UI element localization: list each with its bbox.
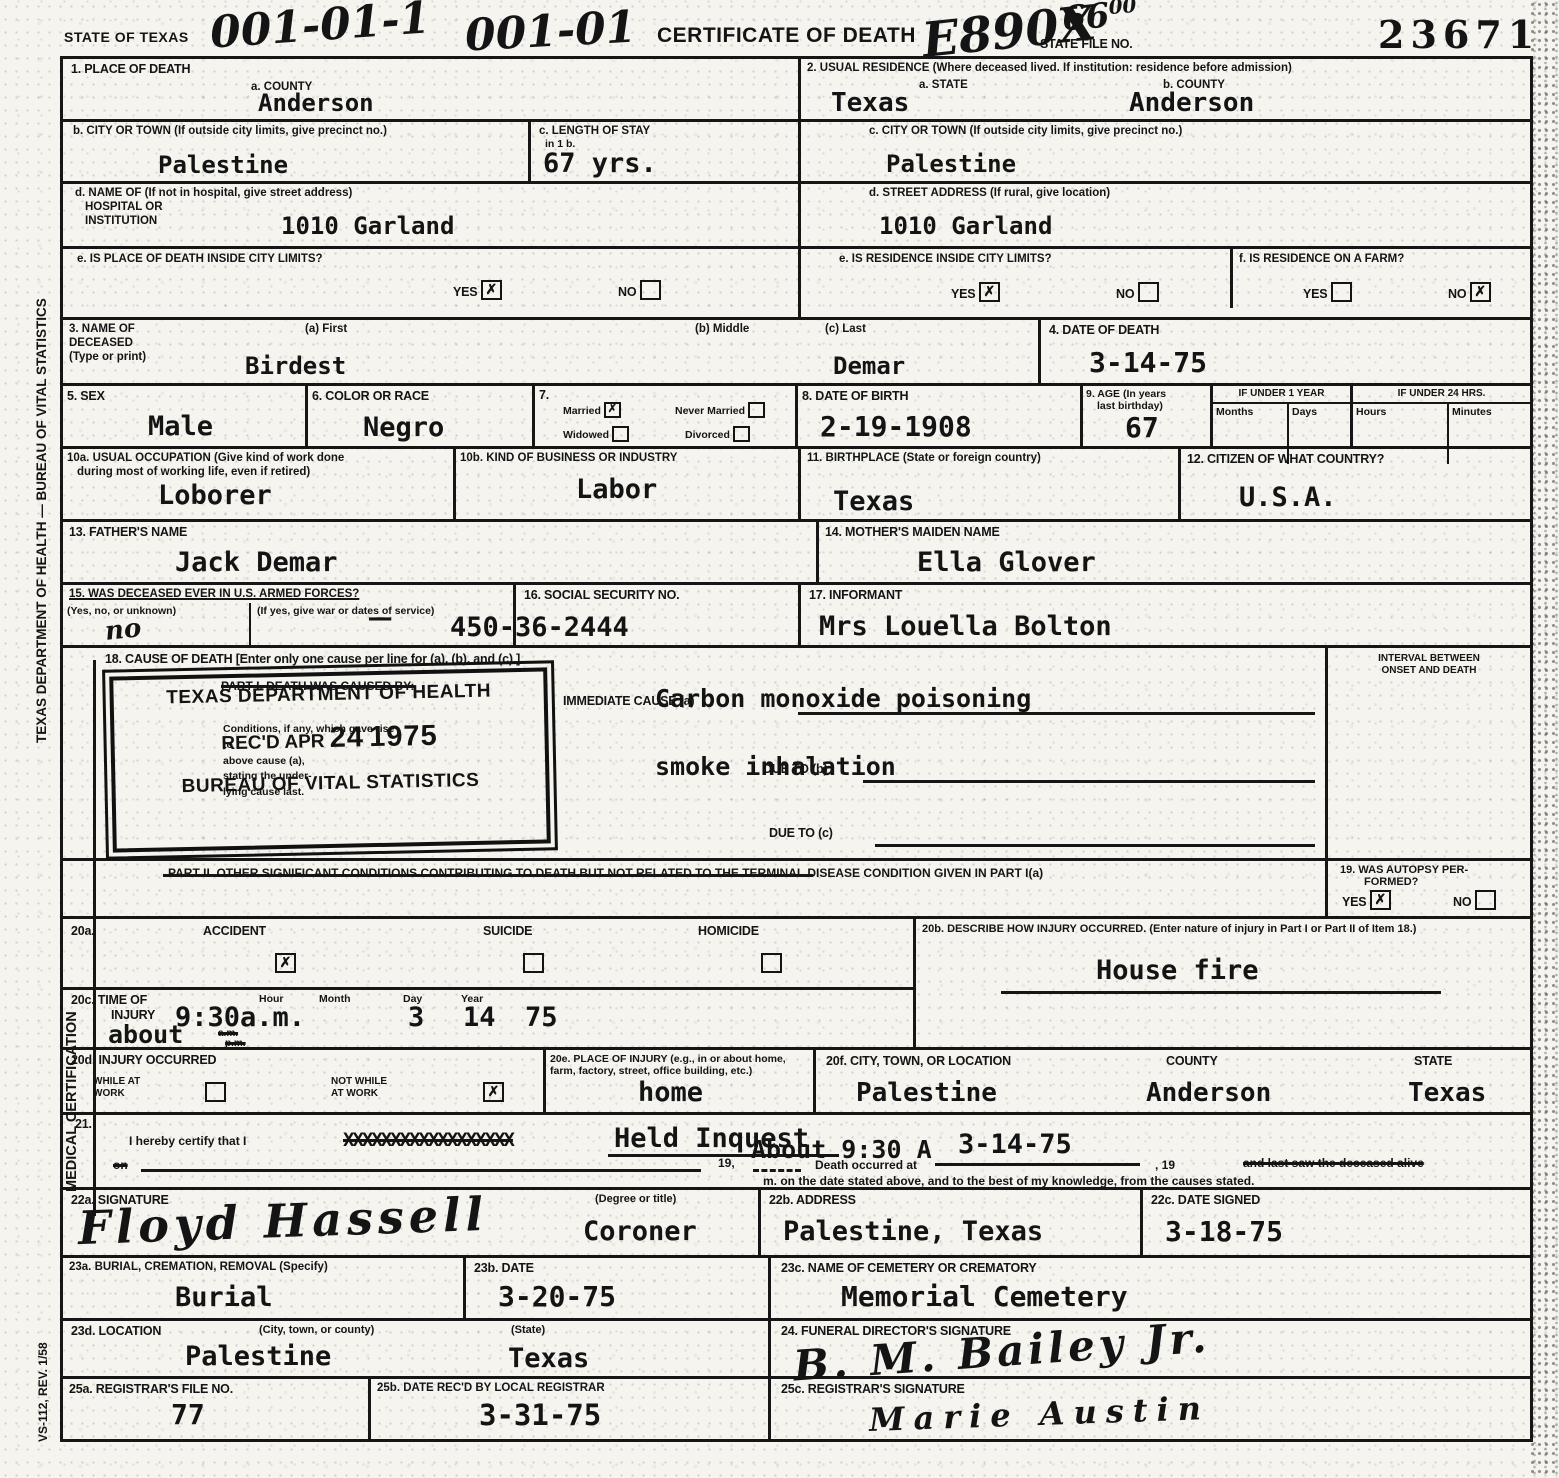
place-city-value: Palestine	[158, 153, 288, 177]
while-at-work-checkbox	[205, 1082, 226, 1102]
funeral-director-cell: 24. FUNERAL DIRECTOR'S SIGNATURE B. M. B…	[771, 1321, 1530, 1376]
residence-state-county: 2. USUAL RESIDENCE (Where deceased lived…	[801, 59, 1530, 122]
cert-19-label: 19,	[718, 1157, 735, 1171]
row-forces-ssn-informant: 15. WAS DECEASED EVER IN U.S. ARMED FORC…	[63, 585, 1530, 648]
residence-farm-cell: f. IS RESIDENCE ON A FARM? YES NO ✗	[1233, 249, 1530, 308]
birthplace-value: Texas	[833, 488, 914, 515]
fee-cents: 00	[1108, 0, 1138, 19]
suicide-label: SUICIDE	[483, 924, 532, 938]
if-under-24-hrs-cell: IF UNDER 24 HRS. Hours Minutes	[1353, 386, 1530, 446]
due-to-c-label: DUE TO (c)	[769, 826, 833, 840]
last-name-value: Demar	[833, 354, 905, 378]
interval-cell: INTERVAL BETWEEN ONSET AND DEATH	[1328, 648, 1530, 858]
row-burial: 23a. BURIAL, CREMATION, REMOVAL (Specify…	[63, 1258, 1530, 1321]
cause-line-b	[863, 780, 1315, 783]
row-certification: 21. I hereby certify that I XXXXXXXXXXXX…	[63, 1115, 1530, 1190]
burial-type-cell: 23a. BURIAL, CREMATION, REMOVAL (Specify…	[63, 1258, 466, 1318]
place-of-death-title: 1. PLACE OF DEATH	[71, 62, 190, 76]
injury-city-label: 20f. CITY, TOWN, OR LOCATION	[826, 1054, 1011, 1068]
injury-occurred-cell: 20d. INJURY OCCURRED WHILE ATWORK NOT WH…	[63, 1050, 546, 1112]
death-date-underline	[935, 1163, 1140, 1166]
residence-limits-farm-row: e. IS RESIDENCE INSIDE CITY LIMITS? YES …	[801, 249, 1530, 308]
injury-month-value: 3	[408, 1004, 424, 1031]
injury-day-value: 14	[463, 1004, 496, 1031]
date-signed-label: 22c. DATE SIGNED	[1151, 1193, 1260, 1207]
mother-name-cell: 14. MOTHER'S MAIDEN NAME Ella Glover	[819, 522, 1530, 582]
form-code-vertical-label: VS-112, REV. 1/58	[36, 1282, 50, 1442]
under-24-hrs-header: IF UNDER 24 HRS.	[1353, 386, 1530, 404]
stamp-edge-line	[163, 874, 813, 877]
registrar-file-label: 25a. REGISTRAR'S FILE NO.	[69, 1382, 233, 1396]
burial-location-cell: 23d. LOCATION (City, town, or county) (S…	[63, 1321, 771, 1376]
residence-limits-no-checkbox	[1138, 282, 1159, 302]
name-title-3: (Type or print)	[69, 351, 146, 364]
middle-name-label: (b) Middle	[695, 323, 749, 336]
pm-struck-label: p.m.	[225, 1038, 246, 1050]
if-under-1-year-cell: IF UNDER 1 YEAR Months Days	[1213, 386, 1353, 446]
birthplace-label: 11. BIRTHPLACE (State or foreign country…	[807, 452, 1041, 465]
last-saw-struck-label: and last saw the deceased alive	[1243, 1157, 1424, 1171]
residence-farm-label: f. IS RESIDENCE ON A FARM?	[1239, 253, 1404, 266]
birthplace-cell: 11. BIRTHPLACE (State or foreign country…	[801, 449, 1181, 519]
date-of-death-label: 4. DATE OF DEATH	[1049, 323, 1159, 337]
injury-year-value: 75	[525, 1004, 558, 1031]
cemetery-label: 23c. NAME OF CEMETERY OR CREMATORY	[781, 1261, 1037, 1275]
degree-or-title-label: (Degree or title)	[595, 1193, 676, 1206]
industry-cell: 10b. KIND OF BUSINESS OR INDUSTRY Labor	[456, 449, 801, 519]
manner-time-column: 20a. ACCIDENT ✗ SUICIDE HOMICIDE 20c. TI…	[63, 919, 916, 1047]
armed-forces-answer-cell: (Yes, no, or unknown) no	[63, 603, 251, 645]
state-of-texas-label: STATE OF TEXAS	[64, 30, 189, 46]
armed-forces-service-dash: ——	[369, 603, 382, 633]
married-checkbox: ✗	[604, 402, 621, 418]
certificate-form: 1. PLACE OF DEATH a. COUNTY Anderson b. …	[60, 56, 1533, 1442]
residence-street-value: 1010 Garland	[879, 214, 1052, 238]
never-married-checkbox	[748, 402, 765, 418]
cause-of-death-cell: 18. CAUSE OF DEATH [Enter only one cause…	[63, 648, 1328, 858]
time-of-injury-cell: 20c. TIME OF INJURY Hour Month Day Year …	[63, 990, 913, 1047]
occupation-label-1: 10a. USUAL OCCUPATION (Give kind of work…	[67, 452, 344, 465]
hospital-cell: d. NAME OF (If not in hospital, give str…	[63, 184, 798, 249]
residence-limits-yes-checkbox: ✗	[979, 282, 1000, 302]
certifier-signature-cell: 22a. SIGNATURE Floyd Hassell (Degree or …	[63, 1190, 761, 1255]
sex-label: 5. SEX	[67, 389, 105, 403]
injury-city-value: Palestine	[856, 1080, 997, 1106]
part2-cell: PART II. OTHER SIGNIFICANT CONDITIONS CO…	[63, 861, 1328, 916]
father-name-cell: 13. FATHER'S NAME Jack Demar	[63, 522, 819, 582]
homicide-label: HOMICIDE	[698, 924, 759, 938]
farm-no-checkbox: ✗	[1470, 282, 1491, 302]
burial-type-label: 23a. BURIAL, CREMATION, REMOVAL (Specify…	[69, 1261, 328, 1274]
armed-forces-cell: 15. WAS DECEASED EVER IN U.S. ARMED FORC…	[63, 585, 516, 645]
row-parents: 13. FATHER'S NAME Jack Demar 14. MOTHER'…	[63, 522, 1530, 585]
row-sex-race-dob: 5. SEX Male 6. COLOR OR RACE Negro 7. Ma…	[63, 386, 1530, 449]
fee-whole: 66	[1060, 0, 1111, 40]
sex-cell: 5. SEX Male	[63, 386, 308, 446]
date-of-death-cell: 4. DATE OF DEATH 3-14-75	[1041, 320, 1530, 383]
certificate-title: CERTIFICATE OF DEATH	[657, 24, 916, 48]
certifier-address-cell: 22b. ADDRESS Palestine, Texas	[761, 1190, 1143, 1255]
accident-label: ACCIDENT	[203, 924, 266, 938]
armed-forces-service-label: (If yes, give war or dates of service)	[257, 605, 434, 617]
degree-or-title-value: Coroner	[583, 1218, 697, 1245]
suicide-checkbox	[523, 953, 544, 973]
length-of-stay-cell: c. LENGTH OF STAY in 1 b. 67 yrs.	[531, 122, 798, 181]
place-of-death-county: 1. PLACE OF DEATH a. COUNTY Anderson	[63, 59, 798, 122]
burial-date-label: 23b. DATE	[474, 1261, 534, 1275]
residence-city-limits-label: e. IS RESIDENCE INSIDE CITY LIMITS?	[839, 253, 1052, 266]
industry-value: Labor	[576, 476, 657, 503]
father-name-value: Jack Demar	[175, 549, 338, 576]
length-of-stay-value: 67 yrs.	[543, 150, 657, 177]
date-of-death-value: 3-14-75	[1089, 349, 1207, 377]
cause-of-death-label: 18. CAUSE OF DEATH [Enter only one cause…	[105, 652, 520, 666]
name-of-deceased-cell: 3. NAME OF DECEASED (Type or print) (a) …	[63, 320, 1041, 383]
place-city-limits-label: e. IS PLACE OF DEATH INSIDE CITY LIMITS?	[77, 253, 323, 266]
injury-county-value: Anderson	[1146, 1080, 1271, 1106]
hospital-label-2: HOSPITAL OR	[85, 201, 163, 214]
informant-value: Mrs Louella Bolton	[819, 613, 1112, 640]
county-value: Anderson	[258, 91, 374, 115]
registrar-date-label: 25b. DATE REC'D BY LOCAL REGISTRAR	[377, 1382, 605, 1395]
never-married-option: Never Married	[675, 402, 765, 418]
autopsy-label-1: 19. WAS AUTOPSY PER-	[1340, 864, 1468, 877]
cert-statement-prefix: I hereby certify that I	[129, 1135, 246, 1149]
stamp-line-1: TEXAS DEPARTMENT OF HEALTH	[113, 680, 543, 711]
burial-location-state-label: (State)	[511, 1324, 545, 1337]
row-place-residence: 1. PLACE OF DEATH a. COUNTY Anderson b. …	[63, 59, 1530, 320]
accident-checkbox: ✗	[275, 953, 296, 973]
registrar-date-cell: 25b. DATE REC'D BY LOCAL REGISTRAR 3-31-…	[371, 1379, 771, 1439]
section-place-of-death: 1. PLACE OF DEATH a. COUNTY Anderson b. …	[63, 59, 801, 317]
length-of-stay-label: c. LENGTH OF STAY	[539, 125, 650, 138]
armed-forces-label: 15. WAS DECEASED EVER IN U.S. ARMED FORC…	[69, 588, 359, 601]
residence-city-limits-cell: e. IS RESIDENCE INSIDE CITY LIMITS? YES …	[801, 249, 1233, 308]
residence-street-label: d. STREET ADDRESS (If rural, give locati…	[869, 187, 1110, 200]
time-of-injury-value: 9:30a.m.	[175, 1004, 305, 1031]
place-of-injury-cell: 20e. PLACE OF INJURY (e.g., in or about …	[546, 1050, 816, 1112]
injury-location-cell: 20f. CITY, TOWN, OR LOCATION COUNTY STAT…	[816, 1050, 1530, 1112]
place-city-length-row: b. CITY OR TOWN (If outside city limits,…	[63, 122, 798, 184]
mother-name-value: Ella Glover	[917, 549, 1096, 576]
row-injury-place: 20d. INJURY OCCURRED WHILE ATWORK NOT WH…	[63, 1050, 1530, 1115]
autopsy-yes: YES ✗	[1342, 890, 1391, 910]
handwritten-fee: 6600	[1060, 0, 1138, 40]
burial-location-state-value: Texas	[508, 1345, 589, 1372]
how-injury-underline	[1001, 991, 1441, 994]
stamp-line-3: BUREAU OF VITAL STATISTICS	[115, 768, 545, 799]
not-while-at-work-checkbox: ✗	[483, 1082, 504, 1102]
date-of-birth-label: 8. DATE OF BIRTH	[802, 389, 908, 403]
while-at-work-label: WHILE ATWORK	[93, 1076, 140, 1099]
cause-b-value: smoke inhalation	[655, 754, 896, 779]
residence-city-label: c. CITY OR TOWN (If outside city limits,…	[869, 125, 1182, 138]
manner-of-death-cell: 20a. ACCIDENT ✗ SUICIDE HOMICIDE	[63, 919, 913, 990]
cert-struck-overtype: XXXXXXXXXXXXXXXXXX	[343, 1129, 513, 1151]
sex-value: Male	[148, 413, 213, 440]
hospital-label-3: INSTITUTION	[85, 215, 157, 228]
row-location-funeral: 23d. LOCATION (City, town, or county) (S…	[63, 1321, 1530, 1379]
autopsy-label-2: FORMED?	[1364, 876, 1418, 889]
row-part2-autopsy: PART II. OTHER SIGNIFICANT CONDITIONS CO…	[63, 861, 1530, 919]
row-injury-manner: 20a. ACCIDENT ✗ SUICIDE HOMICIDE 20c. TI…	[63, 919, 1530, 1050]
age-label-1: 9. AGE (In years	[1086, 388, 1166, 400]
date-of-birth-value: 2-19-1908	[820, 413, 972, 441]
registrar-signature-cell: 25c. REGISTRAR'S SIGNATURE Marie Austin	[771, 1379, 1530, 1439]
occupation-value: Loborer	[158, 482, 272, 509]
residence-city-cell: c. CITY OR TOWN (If outside city limits,…	[801, 122, 1530, 184]
occupation-cell: 10a. USUAL OCCUPATION (Give kind of work…	[63, 449, 456, 519]
marital-status-cell: 7. Married ✗ Never Married Widowed Divor…	[535, 386, 798, 446]
father-name-label: 13. FATHER'S NAME	[69, 525, 187, 539]
industry-label: 10b. KIND OF BUSINESS OR INDUSTRY	[460, 452, 677, 465]
place-of-injury-value: home	[638, 1079, 703, 1106]
date-signed-value: 3-18-75	[1165, 1218, 1283, 1246]
ssn-value: 450-36-2444	[450, 614, 629, 641]
informant-label: 17. INFORMANT	[809, 588, 902, 602]
month-label: Month	[319, 993, 351, 1005]
burial-location-label: 23d. LOCATION	[71, 1324, 161, 1338]
certifier-address-label: 22b. ADDRESS	[769, 1193, 856, 1207]
hospital-value: 1010 Garland	[281, 214, 454, 238]
place-limits-yes: YES ✗	[453, 280, 502, 300]
under-1-year-header: IF UNDER 1 YEAR	[1213, 386, 1350, 404]
cert-on-struck: on	[113, 1159, 128, 1173]
age-cell: 9. AGE (In years last birthday) 67	[1083, 386, 1213, 446]
interval-label-1: INTERVAL BETWEEN	[1335, 653, 1523, 665]
residence-city-value: Palestine	[886, 152, 1016, 176]
row-name-dod: 3. NAME OF DECEASED (Type or print) (a) …	[63, 320, 1530, 386]
marital-number-label: 7.	[539, 388, 549, 402]
registrar-file-cell: 25a. REGISTRAR'S FILE NO. 77	[63, 1379, 371, 1439]
not-while-at-work-label: NOT WHILEAT WORK	[331, 1076, 387, 1099]
handwritten-code-1: 001-01-1	[208, 0, 431, 59]
citizen-value: U.S.A.	[1239, 484, 1337, 511]
date-of-birth-cell: 8. DATE OF BIRTH 2-19-1908	[798, 386, 1083, 446]
mother-name-label: 14. MOTHER'S MAIDEN NAME	[825, 525, 1000, 539]
last-name-label: (c) Last	[825, 323, 866, 336]
dept-vertical-label: TEXAS DEPARTMENT OF HEALTH — BUREAU OF V…	[34, 228, 49, 743]
first-name-label: (a) First	[305, 323, 347, 336]
residence-limits-no: NO	[1116, 282, 1159, 302]
autopsy-no-checkbox	[1475, 890, 1496, 910]
injury-county-label: COUNTY	[1166, 1054, 1218, 1068]
cert-19b-label: , 19	[1155, 1159, 1175, 1173]
race-cell: 6. COLOR OR RACE Negro	[308, 386, 535, 446]
time-about-value: about	[108, 1022, 183, 1047]
cause-line-c	[875, 844, 1315, 847]
first-name-value: Birdest	[245, 354, 346, 378]
occupation-label-2: during most of working life, even if ret…	[77, 466, 310, 479]
hospital-label-1: d. NAME OF (If not in hospital, give str…	[75, 187, 352, 200]
place-city-label: b. CITY OR TOWN (If outside city limits,…	[73, 125, 387, 138]
cert-strike-line	[141, 1169, 701, 1172]
ssn-label: 16. SOCIAL SECURITY NO.	[524, 588, 679, 602]
armed-forces-answer-value: no	[104, 613, 143, 647]
cemetery-value: Memorial Cemetery	[841, 1283, 1128, 1311]
place-city-limits-cell: e. IS PLACE OF DEATH INSIDE CITY LIMITS?…	[63, 249, 798, 308]
burial-date-value: 3-20-75	[498, 1283, 616, 1311]
injury-occurred-label: 20d. INJURY OCCURRED	[71, 1053, 216, 1067]
handwritten-code-2: 001-01	[464, 2, 638, 62]
how-injury-occurred-cell: 20b. DESCRIBE HOW INJURY OCCURRED. (Ente…	[916, 919, 1530, 1047]
citizen-label: 12. CITIZEN OF WHAT COUNTRY?	[1187, 452, 1384, 466]
burial-type-value: Burial	[175, 1284, 273, 1311]
interval-label-2: ONSET AND DEATH	[1335, 665, 1523, 677]
place-of-injury-label: 20e. PLACE OF INJURY (e.g., in or about …	[550, 1053, 808, 1077]
row-cause-of-death: 18. CAUSE OF DEATH [Enter only one cause…	[63, 648, 1530, 861]
injury-state-value: Texas	[1408, 1080, 1486, 1106]
registrar-file-value: 77	[171, 1401, 205, 1429]
injury-state-label: STATE	[1414, 1054, 1452, 1068]
how-injury-label: 20b. DESCRIBE HOW INJURY OCCURRED. (Ente…	[922, 923, 1416, 936]
death-certificate-scan: { "header":{ "state":"STATE OF TEXAS","c…	[0, 0, 1559, 1478]
homicide-checkbox	[761, 953, 782, 973]
cert-statement-end: m. on the date stated above, and to the …	[763, 1175, 1254, 1189]
divorced-checkbox	[733, 426, 750, 442]
residence-limits-yes: YES ✗	[951, 282, 1000, 302]
place-city-cell: b. CITY OR TOWN (If outside city limits,…	[63, 122, 531, 181]
married-option: Married ✗	[563, 402, 621, 418]
race-label: 6. COLOR OR RACE	[312, 389, 429, 403]
burial-date-cell: 23b. DATE 3-20-75	[466, 1258, 771, 1318]
residence-street-cell: d. STREET ADDRESS (If rural, give locati…	[801, 184, 1530, 249]
burial-location-city-label: (City, town, or county)	[259, 1324, 374, 1337]
cause-a-value: Carbon monoxide poisoning	[655, 686, 1031, 711]
received-stamp: TEXAS DEPARTMENT OF HEALTH REC'D APR 24 …	[109, 667, 551, 852]
place-limits-no-checkbox	[640, 280, 661, 300]
autopsy-cell: 19. WAS AUTOPSY PER- FORMED? YES ✗ NO	[1328, 861, 1530, 916]
place-limits-no: NO	[618, 280, 661, 300]
row-occupation: 10a. USUAL OCCUPATION (Give kind of work…	[63, 449, 1530, 522]
autopsy-no: NO	[1453, 890, 1496, 910]
farm-yes-checkbox	[1331, 282, 1352, 302]
cemetery-cell: 23c. NAME OF CEMETERY OR CREMATORY Memor…	[771, 1258, 1530, 1318]
residence-state-value: Texas	[831, 90, 909, 116]
certifier-address-value: Palestine, Texas	[783, 1218, 1043, 1245]
cert-dash-line	[753, 1169, 801, 1172]
usual-residence-title: 2. USUAL RESIDENCE (Where deceased lived…	[807, 62, 1292, 75]
death-time-value: About 9:30 A	[751, 1137, 932, 1162]
name-title-1: 3. NAME OF	[69, 323, 135, 336]
state-file-no-label: STATE FILE NO.	[1040, 37, 1133, 51]
widowed-checkbox	[612, 426, 629, 442]
age-value: 67	[1125, 414, 1159, 442]
registrar-signature-script: Marie Austin	[868, 1389, 1210, 1439]
farm-no: NO ✗	[1448, 282, 1491, 302]
death-date-value: 3-14-75	[958, 1131, 1072, 1158]
time-of-injury-label-1: 20c. TIME OF	[71, 993, 147, 1007]
burial-location-city-value: Palestine	[185, 1343, 331, 1370]
how-injury-value: House fire	[1096, 957, 1259, 984]
name-title-2: DECEASED	[69, 337, 133, 350]
date-signed-cell: 22c. DATE SIGNED 3-18-75	[1143, 1190, 1530, 1255]
stamp-line-2: REC'D APR 24 1975	[114, 718, 545, 760]
divorced-option: Divorced	[685, 426, 750, 442]
section-usual-residence: 2. USUAL RESIDENCE (Where deceased lived…	[801, 59, 1530, 317]
ssn-cell: 16. SOCIAL SECURITY NO. 450-36-2444	[516, 585, 801, 645]
certificate-number-stamp: 23671	[1378, 12, 1540, 57]
farm-yes: YES	[1303, 282, 1352, 302]
place-limits-yes-checkbox: ✗	[481, 280, 502, 300]
registrar-date-value: 3-31-75	[479, 1401, 601, 1430]
citizen-cell: 12. CITIZEN OF WHAT COUNTRY? U.S.A.	[1181, 449, 1530, 519]
informant-cell: 17. INFORMANT Mrs Louella Bolton	[801, 585, 1530, 645]
widowed-option: Widowed	[563, 426, 629, 442]
race-value: Negro	[363, 414, 444, 441]
residence-state-label: a. STATE	[919, 79, 968, 92]
row-certifier: 22a. SIGNATURE Floyd Hassell (Degree or …	[63, 1190, 1530, 1258]
certification-cell: 21. I hereby certify that I XXXXXXXXXXXX…	[63, 1115, 1530, 1187]
residence-county-value: Anderson	[1129, 90, 1254, 116]
autopsy-yes-checkbox: ✗	[1370, 890, 1391, 910]
medical-certification-vertical-label: MEDICAL CERTIFICATION	[64, 862, 80, 1192]
